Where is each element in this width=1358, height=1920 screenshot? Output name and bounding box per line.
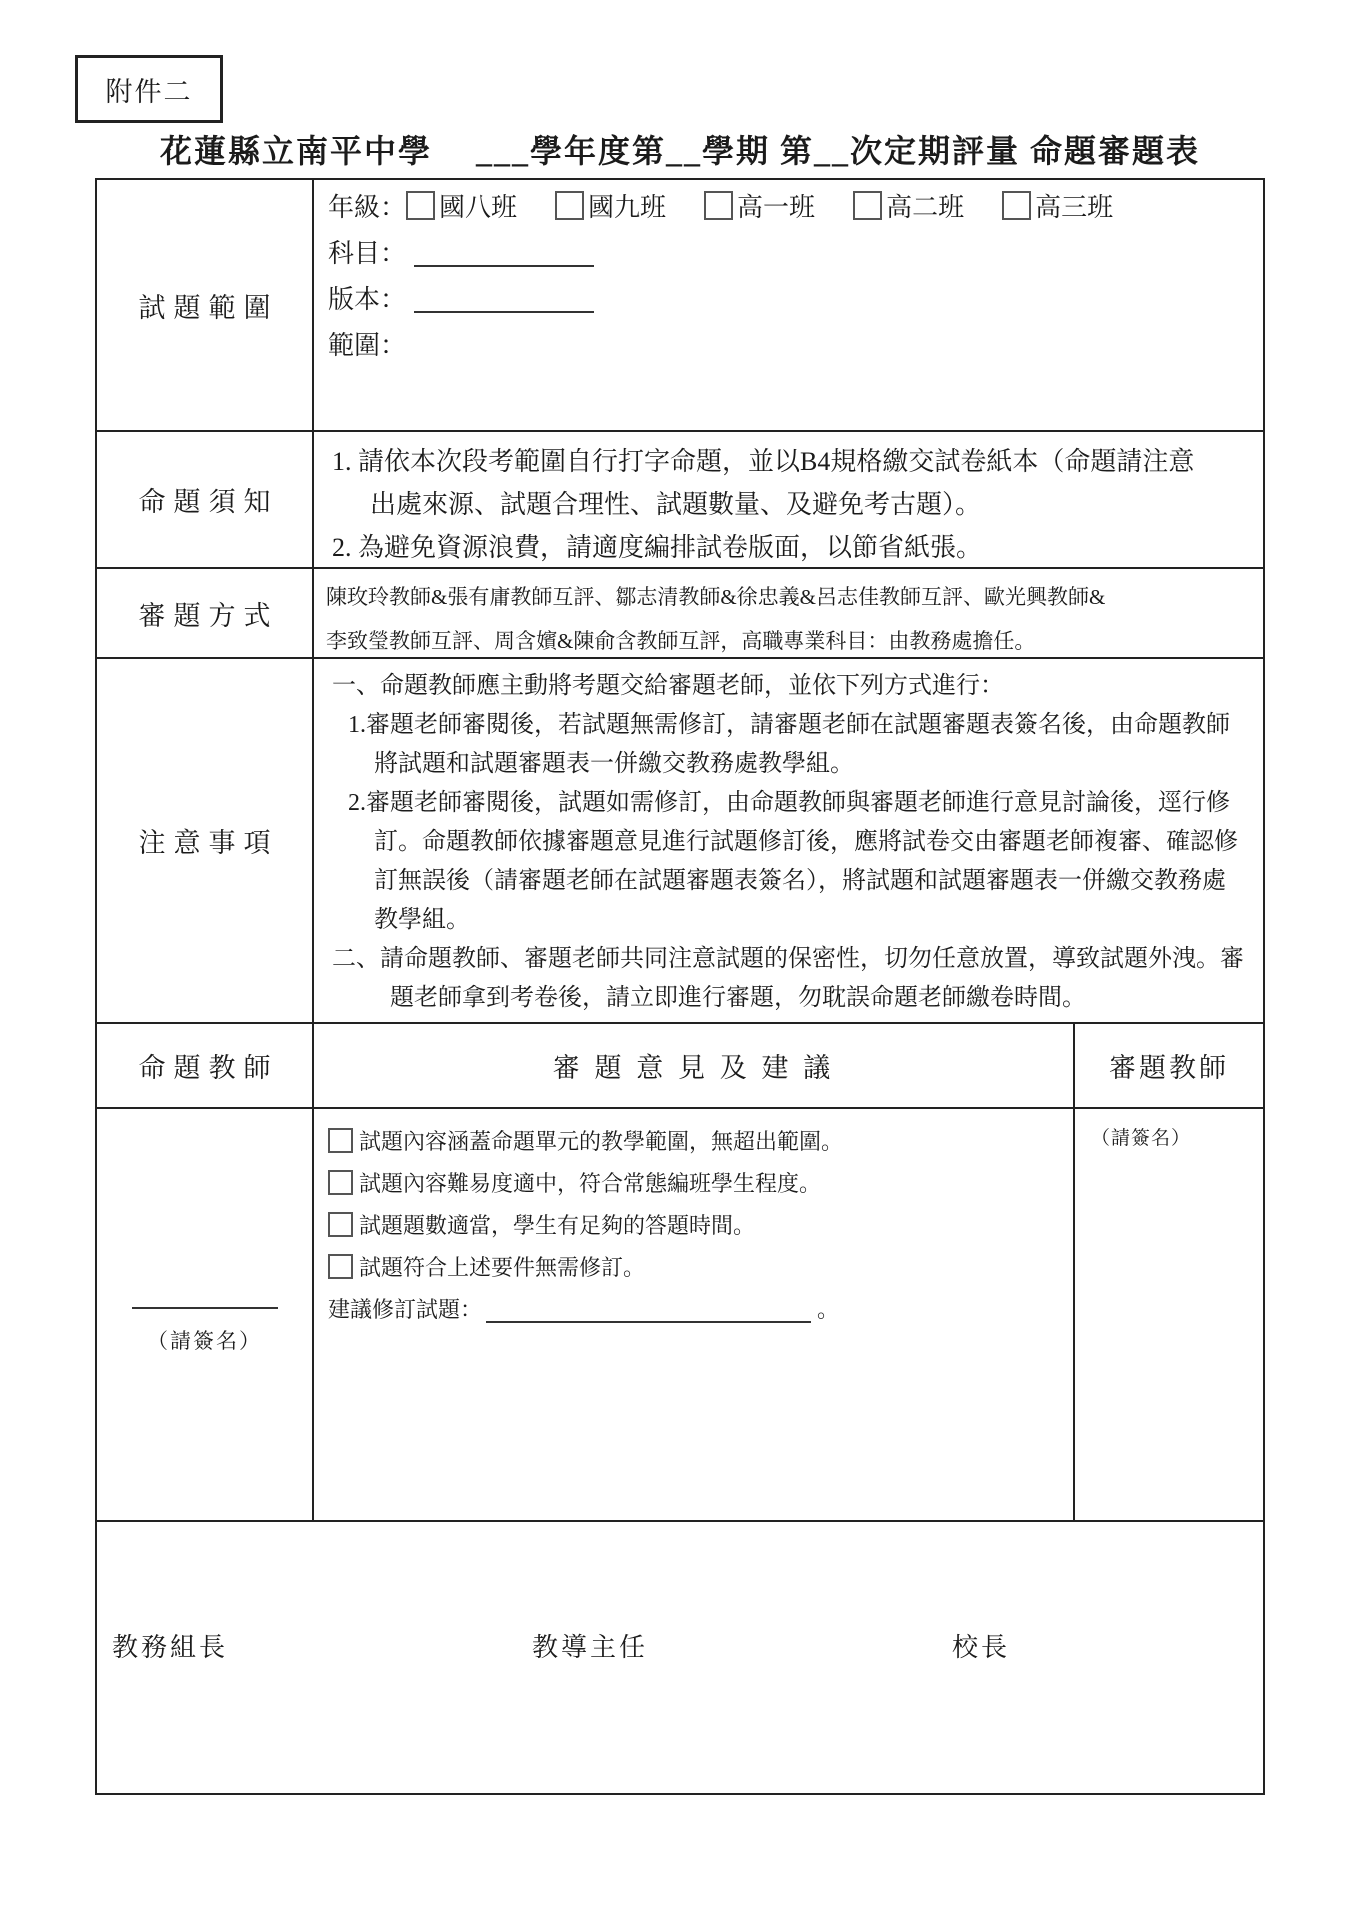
method-row: 審題方式 陳玫玲教師&張有庸教師互評、鄒志清教師&徐忠義&呂志佳教師互評、歐光興… xyxy=(97,567,1263,657)
notes-row: 注意事項 一、命題教師應主動將考題交給審題老師，並依下列方式進行： 1.審題老師… xyxy=(97,657,1263,1022)
review-option-4: 試題符合上述要件無需修訂。 xyxy=(328,1245,1063,1287)
approval-footer-row: 教務組長 教導主任 校長 xyxy=(97,1520,1263,1793)
review-form-table: 試題範圍 年級： 國八班 國九班 高一班 xyxy=(95,178,1265,1795)
form-page: 附件二 花蓮縣立南平中學 ___學年度第__學期 第__次定期評量 命題審題表 … xyxy=(0,0,1358,1920)
attachment-label: 附件二 xyxy=(75,55,223,123)
notice-row: 命題須知 1. 請依本次段考範圍自行打字命題，並以B4規格繳交試卷紙本（命題請注… xyxy=(97,430,1263,567)
checkbox-icon[interactable] xyxy=(328,1128,353,1153)
method-header-label: 審題方式 xyxy=(97,569,312,657)
reviewer-teacher-header: 審題教師 xyxy=(1073,1024,1263,1107)
grade-option-gao2: 高二班 xyxy=(853,187,964,224)
review-option-3: 試題題數適當，學生有足夠的答題時間。 xyxy=(328,1203,1063,1245)
suggestion-label: 建議修訂試題： xyxy=(328,1293,482,1324)
review-header-row: 命題教師 審 題 意 見 及 建 議 審題教師 xyxy=(97,1022,1263,1107)
review-opinion-cell: 試題內容涵蓋命題單元的教學範圍，無超出範圍。 試題內容難易度適中，符合常態編班學… xyxy=(312,1109,1073,1520)
scope-row: 試題範圍 年級： 國八班 國九班 高一班 xyxy=(97,180,1263,430)
review-option-label: 試題內容難易度適中，符合常態編班學生程度。 xyxy=(359,1167,821,1198)
grade-option-label: 國九班 xyxy=(588,187,666,224)
review-option-label: 試題符合上述要件無需修訂。 xyxy=(359,1251,645,1282)
range-label: 範圍： xyxy=(328,325,406,362)
grade-option-label: 高三班 xyxy=(1035,187,1113,224)
review-opinion-header: 審 題 意 見 及 建 議 xyxy=(312,1024,1073,1107)
suggestion-line: 建議修訂試題： 。 xyxy=(328,1287,1063,1329)
proposer-teacher-header: 命題教師 xyxy=(97,1024,312,1107)
dean-label: 教導主任 xyxy=(532,1627,648,1664)
reviewer-signature-cell: （請簽名） xyxy=(1073,1109,1263,1520)
scope-header-label: 試題範圍 xyxy=(97,180,312,430)
grade-option-guo9: 國九班 xyxy=(555,187,666,224)
proposer-signature-cell: （請簽名） xyxy=(97,1109,312,1520)
grade-option-label: 高二班 xyxy=(886,187,964,224)
version-line: 版本： xyxy=(328,274,1251,320)
checkbox-icon[interactable] xyxy=(853,191,882,220)
checkbox-icon[interactable] xyxy=(328,1254,353,1279)
review-option-1: 試題內容涵蓋命題單元的教學範圍，無超出範圍。 xyxy=(328,1119,1063,1161)
suggestion-suffix: 。 xyxy=(817,1293,839,1324)
checkbox-icon[interactable] xyxy=(328,1212,353,1237)
notes-header-label: 注意事項 xyxy=(97,659,312,1022)
review-option-label: 試題題數適當，學生有足夠的答題時間。 xyxy=(359,1209,755,1240)
checkbox-icon[interactable] xyxy=(1002,191,1031,220)
notice-item-2: 2. 為避免資源浪費，請適度編排試卷版面，以節省紙張。 xyxy=(332,526,1213,567)
scope-content-cell: 年級： 國八班 國九班 高一班 高二班 xyxy=(312,180,1263,430)
grade-option-label: 高一班 xyxy=(737,187,815,224)
notice-header-label: 命題須知 xyxy=(97,432,312,567)
review-option-label: 試題內容涵蓋命題單元的教學範圍，無超出範圍。 xyxy=(359,1125,843,1156)
range-line: 範圍： xyxy=(328,320,1251,366)
checkbox-icon[interactable] xyxy=(555,191,584,220)
subject-label: 科目： xyxy=(328,233,406,270)
notes-item-2: 2.審題老師審閱後，試題如需修訂，由命題教師與審題老師進行意見討論後，逕行修訂。… xyxy=(348,784,1248,940)
notes-content-cell: 一、命題教師應主動將考題交給審題老師，並依下列方式進行： 1.審題老師審閱後，若… xyxy=(312,659,1263,1022)
proposer-signature-line[interactable] xyxy=(132,1307,278,1309)
notes-section-1: 一、命題教師應主動將考題交給審題老師，並依下列方式進行： xyxy=(332,667,1248,706)
page-title: 花蓮縣立南平中學 ___學年度第__學期 第__次定期評量 命題審題表 xyxy=(95,126,1265,172)
grade-label: 年級： xyxy=(328,187,406,224)
grade-option-gao1: 高一班 xyxy=(704,187,815,224)
suggestion-blank-field[interactable] xyxy=(486,1295,811,1323)
checkbox-icon[interactable] xyxy=(704,191,733,220)
subject-blank-field[interactable] xyxy=(414,235,594,267)
notes-item-1: 1.審題老師審閱後，若試題無需修訂，請審題老師在試題審題表簽名後，由命題教師將試… xyxy=(348,706,1248,784)
checkbox-icon[interactable] xyxy=(406,191,435,220)
checkbox-icon[interactable] xyxy=(328,1170,353,1195)
proposer-sign-hint: （請簽名） xyxy=(97,1325,312,1355)
notice-item-1: 1. 請依本次段考範圍自行打字命題，並以B4規格繳交試卷紙本（命題請注意出處來源… xyxy=(332,440,1213,526)
method-text: 陳玫玲教師&張有庸教師互評、鄒志清教師&徐忠義&呂志佳教師互評、歐光興教師&李致… xyxy=(326,575,1126,657)
review-option-2: 試題內容難易度適中，符合常態編班學生程度。 xyxy=(328,1161,1063,1203)
director-of-academic-affairs-label: 教務組長 xyxy=(112,1627,228,1664)
principal-label: 校長 xyxy=(952,1627,1010,1664)
version-blank-field[interactable] xyxy=(414,281,594,313)
notes-section-2: 二、請命題教師、審題老師共同注意試題的保密性，切勿任意放置，導致試題外洩。審題老… xyxy=(332,940,1248,1018)
grade-line: 年級： 國八班 國九班 高一班 高二班 xyxy=(328,182,1251,228)
grade-option-guo8: 國八班 xyxy=(406,187,517,224)
review-body-row: （請簽名） 試題內容涵蓋命題單元的教學範圍，無超出範圍。 試題內容難易度適中，符… xyxy=(97,1107,1263,1520)
subject-line: 科目： xyxy=(328,228,1251,274)
grade-option-label: 國八班 xyxy=(439,187,517,224)
method-content-cell: 陳玫玲教師&張有庸教師互評、鄒志清教師&徐忠義&呂志佳教師互評、歐光興教師&李致… xyxy=(312,569,1263,657)
version-label: 版本： xyxy=(328,279,406,316)
grade-option-gao3: 高三班 xyxy=(1002,187,1113,224)
reviewer-sign-hint: （請簽名） xyxy=(1091,1128,1191,1149)
notice-content-cell: 1. 請依本次段考範圍自行打字命題，並以B4規格繳交試卷紙本（命題請注意出處來源… xyxy=(312,432,1263,567)
